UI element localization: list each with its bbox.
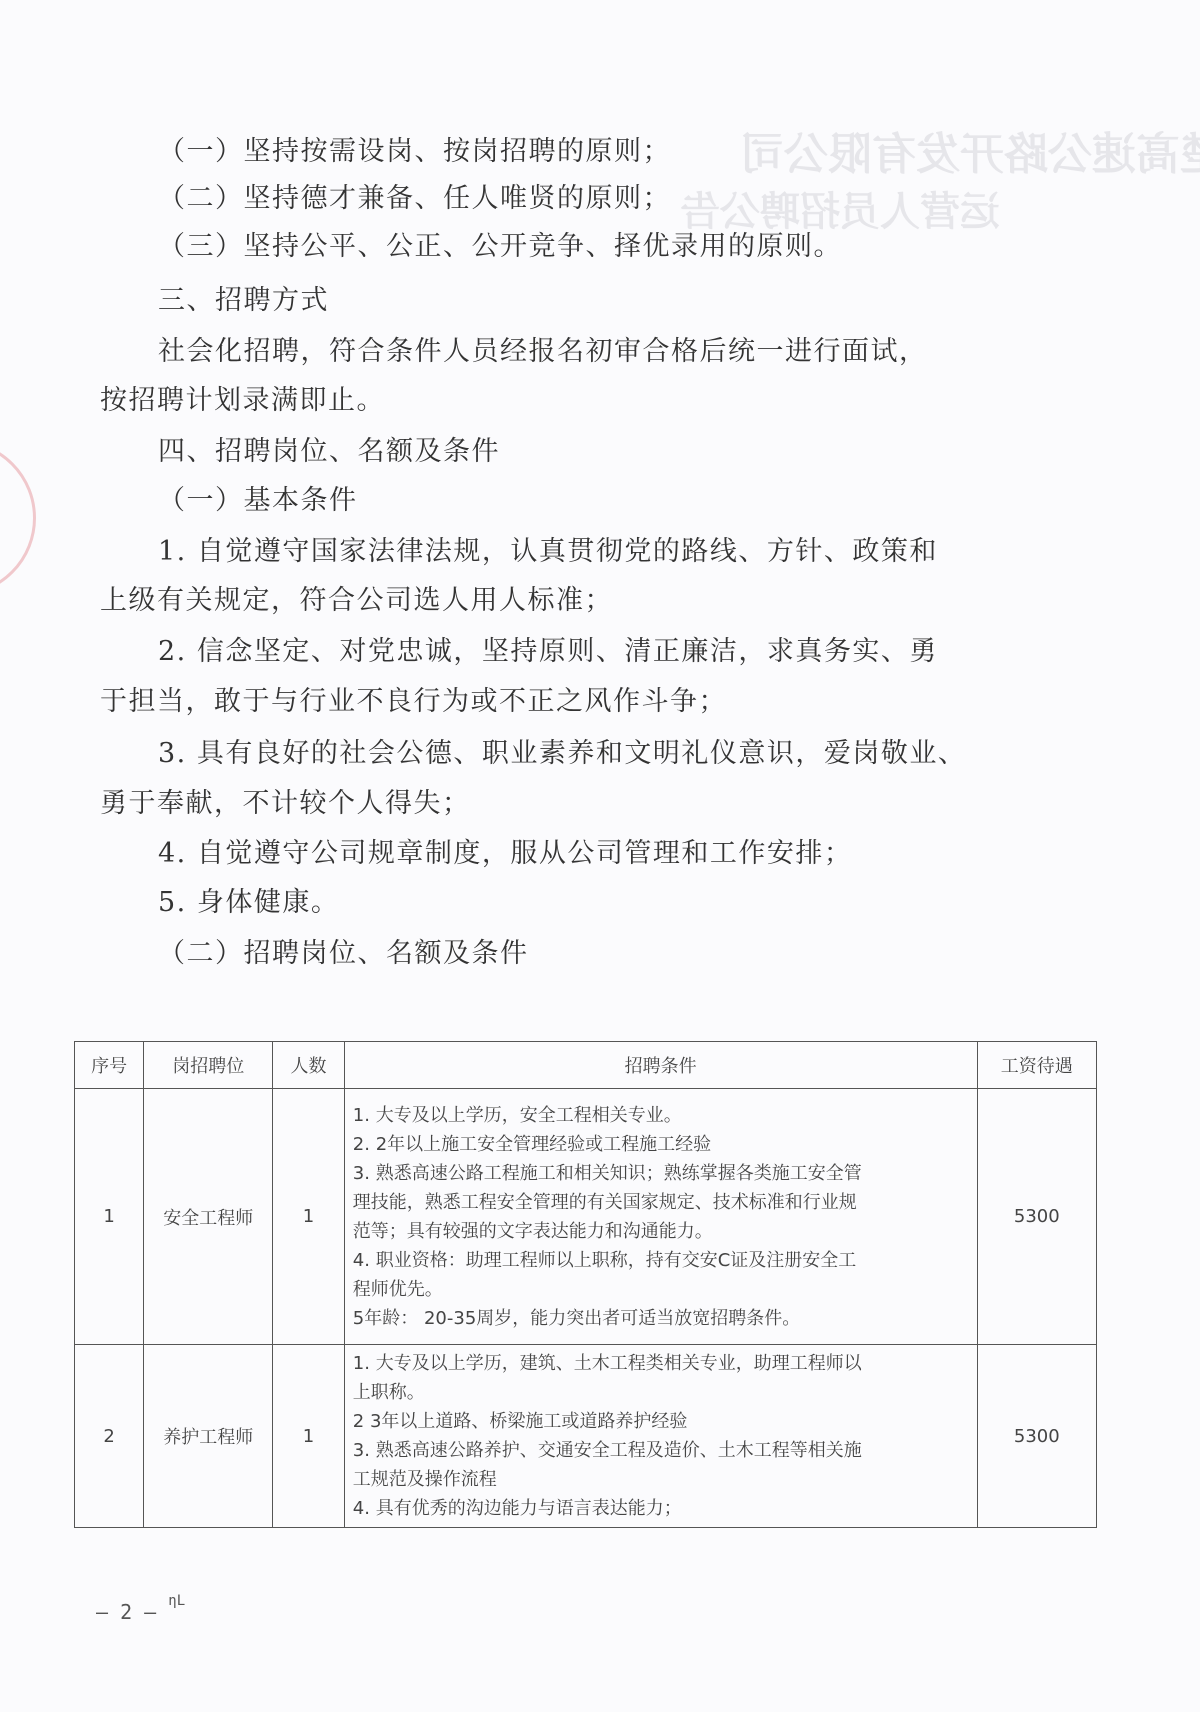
principle-2: （二）坚持德才兼备、任人唯贤的原则； bbox=[158, 185, 671, 212]
header-count: 人数 bbox=[273, 1042, 345, 1089]
header-no: 序号 bbox=[75, 1042, 144, 1089]
table-row: 2 养护工程师 1 1. 大专及以上学历，建筑、土木工程类相关专业，助理工程师以… bbox=[75, 1345, 1097, 1528]
condition-line: 程师优先。 bbox=[353, 1275, 969, 1304]
condition-line: 4. 具有优秀的沟边能力与语言表达能力； bbox=[353, 1494, 969, 1523]
basic-condition-2b: 于担当，敢于与行业不良行为或不正之风作斗争； bbox=[100, 688, 727, 715]
condition-line: 3. 熟悉高速公路养护、交通安全工程及造价、土木工程等相关施 bbox=[353, 1436, 969, 1465]
condition-line: 2. 2年以上施工安全管理经验或工程施工经验 bbox=[353, 1130, 969, 1159]
row-salary: 5300 bbox=[977, 1345, 1096, 1528]
section-heading-positions: 四、招聘岗位、名额及条件 bbox=[158, 438, 500, 465]
row-no: 2 bbox=[75, 1345, 144, 1528]
subheading-basic-conditions: （一）基本条件 bbox=[158, 487, 358, 514]
row-count: 1 bbox=[273, 1089, 345, 1345]
condition-line: 理技能，熟悉工程安全管理的有关国家规定、技术标准和行业规 bbox=[353, 1188, 969, 1217]
table-header-row: 序号 岗招聘位 人数 招聘条件 工资待遇 bbox=[75, 1042, 1097, 1089]
bleed-through-title: 云南玉楚高速公路开发有限公司 bbox=[740, 118, 1200, 182]
recruit-method-body-line1: 社会化招聘，符合条件人员经报名初审合格后统一进行面试， bbox=[158, 338, 928, 365]
basic-condition-3b: 勇于奉献，不计较个人得失； bbox=[100, 790, 471, 817]
recruit-method-body-line2: 按招聘计划录满即止。 bbox=[100, 387, 385, 414]
condition-line: 5年龄： 20-35周岁，能力突出者可适当放宽招聘条件。 bbox=[353, 1304, 969, 1333]
condition-line: 1. 大专及以上学历，安全工程相关专业。 bbox=[353, 1101, 969, 1130]
basic-condition-5: 5. 身体健康。 bbox=[158, 889, 339, 916]
basic-condition-4: 4. 自觉遵守公司规章制度，服从公司管理和工作安排； bbox=[158, 840, 852, 867]
header-conditions: 招聘条件 bbox=[344, 1042, 977, 1089]
row-conditions: 1. 大专及以上学历，安全工程相关专业。 2. 2年以上施工安全管理经验或工程施… bbox=[344, 1089, 977, 1345]
page-number: — 2 — ηL bbox=[96, 1600, 185, 1624]
page-number-label: — 2 — bbox=[96, 1600, 156, 1624]
subheading-positions-table: （二）招聘岗位、名额及条件 bbox=[158, 940, 529, 967]
condition-line: 上职称。 bbox=[353, 1378, 969, 1407]
positions-table: 序号 岗招聘位 人数 招聘条件 工资待遇 1 安全工程师 1 1. 大专及以上学… bbox=[74, 1041, 1097, 1528]
stray-mark: ηL bbox=[168, 1593, 185, 1609]
basic-condition-1b: 上级有关规定，符合公司选人用人标准； bbox=[100, 587, 613, 614]
condition-line: 1. 大专及以上学历，建筑、土木工程类相关专业，助理工程师以 bbox=[353, 1349, 969, 1378]
table-row: 1 安全工程师 1 1. 大专及以上学历，安全工程相关专业。 2. 2年以上施工… bbox=[75, 1089, 1097, 1345]
basic-condition-1a: 1. 自觉遵守国家法律法规，认真贯彻党的路线、方针、政策和 bbox=[158, 538, 938, 565]
header-salary: 工资待遇 bbox=[977, 1042, 1096, 1089]
section-heading-recruit-method: 三、招聘方式 bbox=[158, 287, 329, 314]
row-conditions: 1. 大专及以上学历，建筑、土木工程类相关专业，助理工程师以 上职称。 2 3年… bbox=[344, 1345, 977, 1528]
basic-condition-2a: 2. 信念坚定、对党忠诚，坚持原则、清正廉洁，求真务实、勇 bbox=[158, 638, 938, 665]
basic-condition-3a: 3. 具有良好的社会公德、职业素养和文明礼仪意识，爱岗敬业、 bbox=[158, 740, 966, 767]
principle-3: （三）坚持公平、公正、公开竞争、择优录用的原则。 bbox=[158, 233, 842, 260]
row-position: 安全工程师 bbox=[144, 1089, 273, 1345]
condition-line: 范等；具有较强的文字表达能力和沟通能力。 bbox=[353, 1217, 969, 1246]
header-position: 岗招聘位 bbox=[144, 1042, 273, 1089]
condition-line: 2 3年以上道路、桥梁施工或道路养护经验 bbox=[353, 1407, 969, 1436]
condition-line: 工规范及操作流程 bbox=[353, 1465, 969, 1494]
row-no: 1 bbox=[75, 1089, 144, 1345]
bleed-through-subtitle: 运营人员招聘公告 bbox=[680, 180, 1000, 237]
red-seal-stamp bbox=[0, 440, 36, 596]
condition-line: 3. 熟悉高速公路工程施工和相关知识；熟练掌握各类施工安全管 bbox=[353, 1159, 969, 1188]
principle-1: （一）坚持按需设岗、按岗招聘的原则； bbox=[158, 138, 671, 165]
row-salary: 5300 bbox=[977, 1089, 1096, 1345]
row-count: 1 bbox=[273, 1345, 345, 1528]
row-position: 养护工程师 bbox=[144, 1345, 273, 1528]
condition-line: 4. 职业资格：助理工程师以上职称，持有交安C证及注册安全工 bbox=[353, 1246, 969, 1275]
